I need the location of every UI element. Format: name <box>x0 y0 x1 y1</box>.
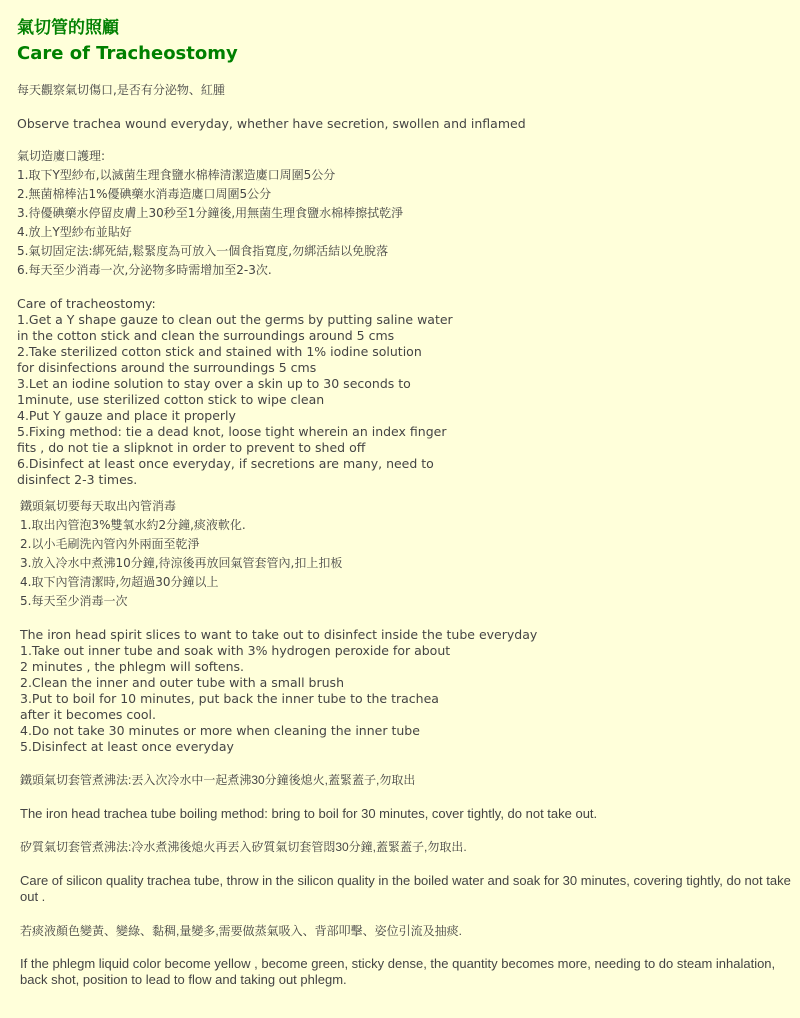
section-heading: Care of tracheostomy: <box>17 296 453 312</box>
text-line: disinfect 2-3 times. <box>17 472 453 488</box>
text-line: 1minute, use sterilized cotton stick to … <box>17 392 453 408</box>
section-heading: 鐵頭氣切要每天取出內管消毒 <box>20 497 342 516</box>
section-heading: 氣切造廔口護理: <box>17 147 403 166</box>
list-item: 1.取下Y型紗布,以滅菌生理食鹽水棉棒清潔造廔口周圍5公分 <box>17 166 403 185</box>
list-item: 2.以小毛刷洗內管內外兩面至乾淨 <box>20 535 342 554</box>
list-item: 5.氣切固定法:綁死結,鬆緊度為可放入一個食指寬度,勿綁活結以免脫落 <box>17 242 403 261</box>
text-line: 4.Do not take 30 minutes or more when cl… <box>20 723 537 739</box>
text-line: 3.Put to boil for 10 minutes, put back t… <box>20 691 537 707</box>
iron-boil-en: The iron head trachea tube boiling metho… <box>20 806 597 822</box>
text-line: in the cotton stick and clean the surrou… <box>17 328 453 344</box>
list-item: 3.放入冷水中煮沸10分鐘,待涼後再放回氣管套管內,扣上扣板 <box>20 554 342 573</box>
list-item: 4.放上Y型紗布並貼好 <box>17 223 403 242</box>
page-title-zh: 氣切管的照顧 <box>17 17 119 39</box>
list-item: 6.每天至少消毒一次,分泌物多時需增加至2-3次. <box>17 261 403 280</box>
list-item: 5.每天至少消毒一次 <box>20 592 342 611</box>
phlegm-en: If the phlegm liquid color become yellow… <box>20 956 795 988</box>
inner-tube-zh: 鐵頭氣切要每天取出內管消毒 1.取出內管泡3%雙氧水約2分鐘,痰液軟化. 2.以… <box>20 497 342 611</box>
stoma-care-zh: 氣切造廔口護理: 1.取下Y型紗布,以滅菌生理食鹽水棉棒清潔造廔口周圍5公分 2… <box>17 147 403 280</box>
text-line: fits , do not tie a slipknot in order to… <box>17 440 453 456</box>
text-line: 2 minutes , the phlegm will softens. <box>20 659 537 675</box>
list-item: 1.取出內管泡3%雙氧水約2分鐘,痰液軟化. <box>20 516 342 535</box>
phlegm-zh: 若痰液顏色變黃、變綠、黏稠,量變多,需要做蒸氣吸入、背部叩擊、姿位引流及抽痰. <box>20 923 462 939</box>
section-heading: The iron head spirit slices to want to t… <box>20 627 537 643</box>
text-line: 4.Put Y gauze and place it properly <box>17 408 453 424</box>
list-item: 2.無菌棉棒沾1%優碘藥水消毒造廔口周圍5公分 <box>17 185 403 204</box>
page-title-en: Care of Tracheostomy <box>17 42 238 66</box>
list-item: 3.待優碘藥水停留皮膚上30秒至1分鐘後,用無菌生理食鹽水棉棒擦拭乾淨 <box>17 204 403 223</box>
text-line: 2.Take sterilized cotton stick and stain… <box>17 344 453 360</box>
text-line: 3.Let an iodine solution to stay over a … <box>17 376 453 392</box>
text-line: 1.Get a Y shape gauze to clean out the g… <box>17 312 453 328</box>
iron-boil-zh: 鐵頭氣切套管煮沸法:丟入次冷水中一起煮沸30分鐘後熄火,蓋緊蓋子,勿取出 <box>20 772 415 788</box>
text-line: 2.Clean the inner and outer tube with a … <box>20 675 537 691</box>
text-line: 5.Disinfect at least once everyday <box>20 739 537 755</box>
text-line: for disinfections around the surrounding… <box>17 360 453 376</box>
silicon-boil-zh: 矽質氣切套管煮沸法:冷水煮沸後熄火再丟入矽質氣切套管悶30分鐘,蓋緊蓋子,勿取出… <box>20 839 467 855</box>
text-line: 6.Disinfect at least once everyday, if s… <box>17 456 453 472</box>
inner-tube-en: The iron head spirit slices to want to t… <box>20 627 537 755</box>
text-line: 5.Fixing method: tie a dead knot, loose … <box>17 424 453 440</box>
stoma-care-en: Care of tracheostomy: 1.Get a Y shape ga… <box>17 296 453 488</box>
list-item: 4.取下內管清潔時,勿超過30分鐘以上 <box>20 573 342 592</box>
intro-zh: 每天觀察氣切傷口,是否有分泌物、紅腫 <box>17 82 225 98</box>
intro-en: Observe trachea wound everyday, whether … <box>17 116 526 132</box>
text-line: 1.Take out inner tube and soak with 3% h… <box>20 643 537 659</box>
text-line: after it becomes cool. <box>20 707 537 723</box>
silicon-boil-en: Care of silicon quality trachea tube, th… <box>20 873 800 905</box>
